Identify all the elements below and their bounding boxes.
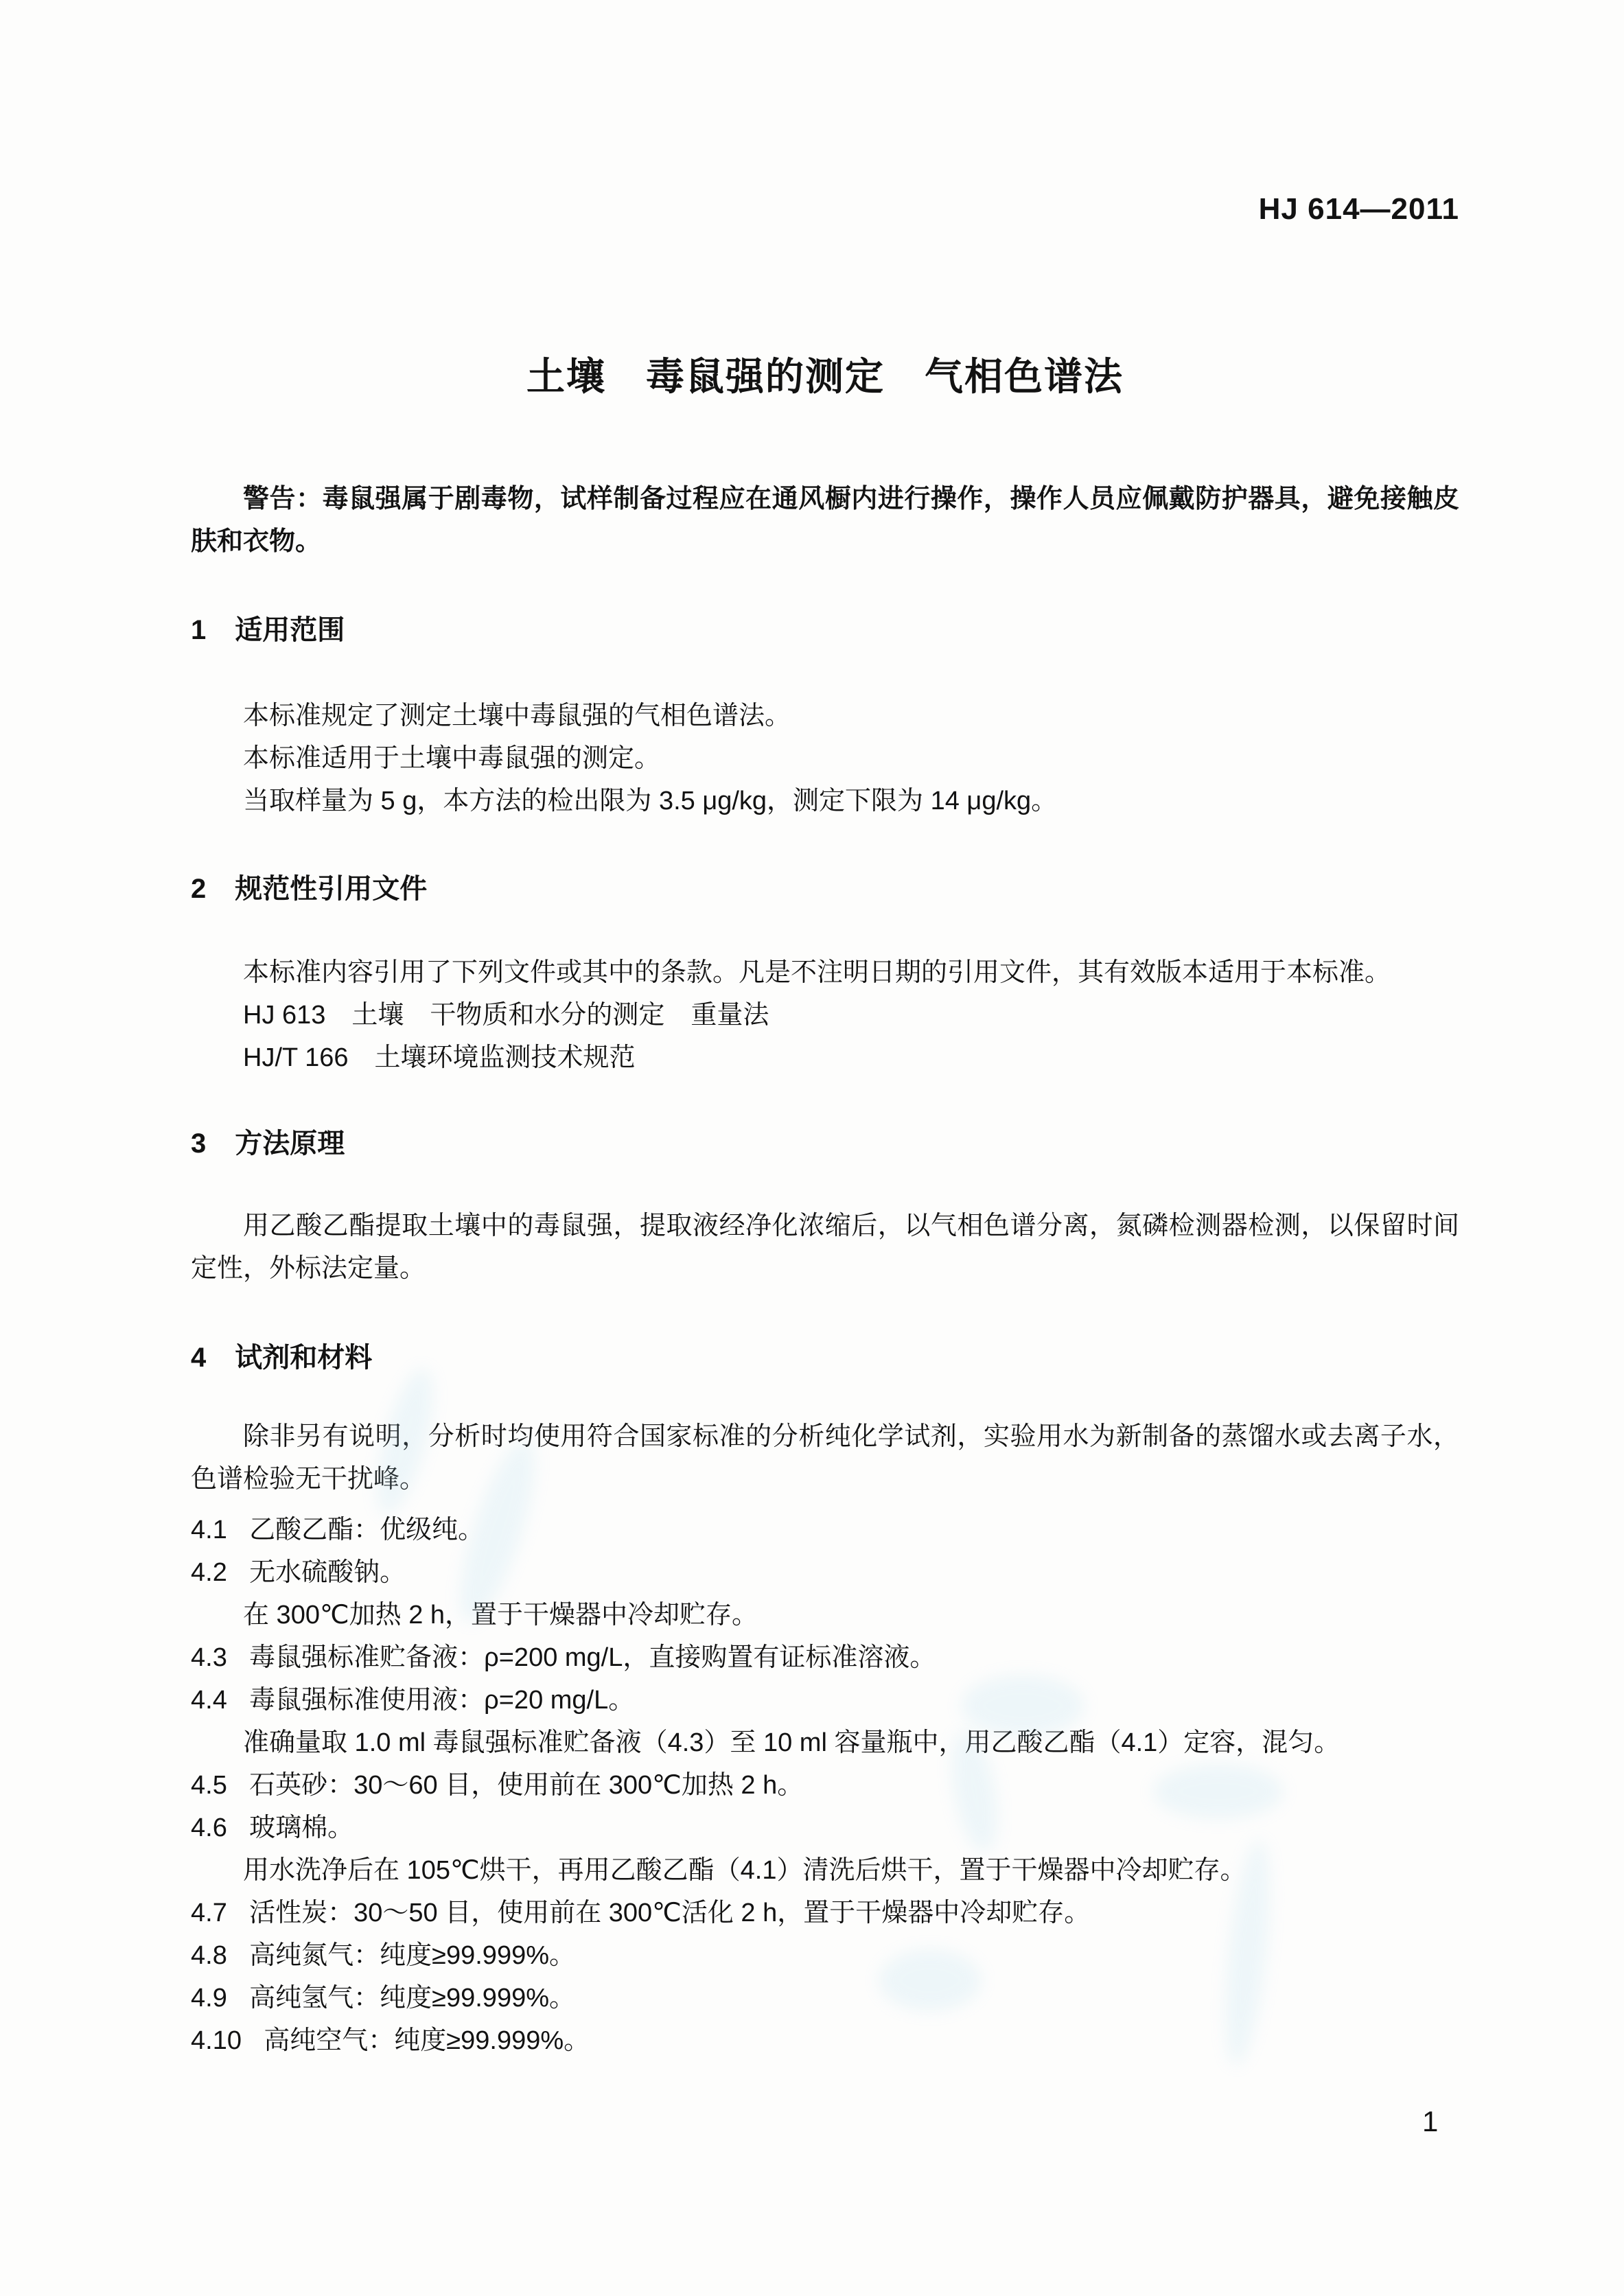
page-number: 1 (1422, 2107, 1438, 2136)
clause-number: 4.9 (191, 1984, 227, 2013)
body-paragraph: 用乙酸乙酯提取土壤中的毒鼠强，提取液经净化浓缩后，以气相色谱分离，氮磷检测器检测… (191, 1205, 1459, 1290)
body-paragraph: 本标准内容引用了下列文件或其中的条款。凡是不注明日期的引用文件，其有效版本适用于… (191, 951, 1459, 994)
clause-note: 用水洗净后在 105℃烘干，再用乙酸乙酯（4.1）清洗后烘干，置于干燥器中冷却贮… (191, 1849, 1459, 1892)
section-normative-references: 2规范性引用文件 本标准内容引用了下列文件或其中的条款。凡是不注明日期的引用文件… (191, 872, 1459, 1079)
section-number: 1 (191, 615, 206, 645)
clause-text: 毒鼠强标准贮备液：ρ=200 mg/L，直接购置有证标准溶液。 (249, 1643, 936, 1672)
clause-item: 4.10高纯空气：纯度≥99.999%。 (191, 2019, 1459, 2062)
clause-item: 4.5石英砂：30～60 目，使用前在 300℃加热 2 h。 (191, 1764, 1459, 1807)
standard-code: HJ 614—2011 (191, 194, 1459, 224)
clause-number: 4.3 (191, 1643, 227, 1672)
clause-item: 4.9高纯氢气：纯度≥99.999%。 (191, 1977, 1459, 2019)
section-heading-text: 适用范围 (235, 615, 345, 645)
clause-text: 石英砂：30～60 目，使用前在 300℃加热 2 h。 (249, 1771, 803, 1800)
section-heading-text: 试剂和材料 (235, 1343, 372, 1373)
reference-item: HJ 613 土壤 干物质和水分的测定 重量法 (191, 994, 1459, 1036)
clause-item: 4.1乙酸乙酯：优级纯。 (191, 1509, 1459, 1551)
section-scope: 1适用范围 本标准规定了测定土壤中毒鼠强的气相色谱法。 本标准适用于土壤中毒鼠强… (191, 614, 1459, 822)
section-method-principle: 3方法原理 用乙酸乙酯提取土壤中的毒鼠强，提取液经净化浓缩后，以气相色谱分离，氮… (191, 1127, 1459, 1290)
section-reagents-materials: 4试剂和材料 除非另有说明，分析时均使用符合国家标准的分析纯化学试剂，实验用水为… (191, 1341, 1459, 2062)
clause-text: 无水硫酸钠。 (249, 1558, 406, 1587)
reference-item: HJ/T 166 土壤环境监测技术规范 (191, 1036, 1459, 1079)
warning-paragraph: 警告：毒鼠强属于剧毒物，试样制备过程应在通风橱内进行操作，操作人员应佩戴防护器具… (191, 478, 1459, 563)
clause-list: 4.1乙酸乙酯：优级纯。 4.2无水硫酸钠。 在 300℃加热 2 h，置于干燥… (191, 1509, 1459, 2062)
section-body: 本标准规定了测定土壤中毒鼠强的气相色谱法。 本标准适用于土壤中毒鼠强的测定。 当… (191, 695, 1459, 822)
body-paragraph: 除非另有说明，分析时均使用符合国家标准的分析纯化学试剂，实验用水为新制备的蒸馏水… (191, 1415, 1459, 1500)
clause-number: 4.10 (191, 2026, 242, 2055)
clause-number: 4.5 (191, 1771, 227, 1800)
body-paragraph: 当取样量为 5 g，本方法的检出限为 3.5 μg/kg，测定下限为 14 μg… (191, 780, 1459, 822)
clause-text: 活性炭：30～50 目，使用前在 300℃活化 2 h，置于干燥器中冷却贮存。 (249, 1899, 1090, 1927)
section-body: 用乙酸乙酯提取土壤中的毒鼠强，提取液经净化浓缩后，以气相色谱分离，氮磷检测器检测… (191, 1205, 1459, 1290)
section-number: 4 (191, 1343, 206, 1373)
section-body: 本标准内容引用了下列文件或其中的条款。凡是不注明日期的引用文件，其有效版本适用于… (191, 951, 1459, 1079)
clause-note: 在 300℃加热 2 h，置于干燥器中冷却贮存。 (191, 1594, 1459, 1636)
clause-item: 4.7活性炭：30～50 目，使用前在 300℃活化 2 h，置于干燥器中冷却贮… (191, 1892, 1459, 1934)
clause-number: 4.7 (191, 1899, 227, 1927)
section-heading-text: 方法原理 (235, 1128, 345, 1159)
clause-text: 玻璃棉。 (249, 1813, 353, 1842)
clause-item: 4.6玻璃棉。 (191, 1807, 1459, 1849)
body-paragraph: 本标准规定了测定土壤中毒鼠强的气相色谱法。 (191, 695, 1459, 737)
section-number: 3 (191, 1128, 206, 1159)
clause-text: 高纯氮气：纯度≥99.999%。 (249, 1941, 575, 1970)
clause-item: 4.4毒鼠强标准使用液：ρ=20 mg/L。 (191, 1679, 1459, 1721)
clause-item: 4.2无水硫酸钠。 (191, 1551, 1459, 1594)
clause-number: 4.1 (191, 1516, 227, 1544)
clause-number: 4.6 (191, 1813, 227, 1842)
clause-note: 准确量取 1.0 ml 毒鼠强标准贮备液（4.3）至 10 ml 容量瓶中，用乙… (191, 1721, 1459, 1764)
clause-number: 4.4 (191, 1686, 227, 1715)
body-paragraph: 本标准适用于土壤中毒鼠强的测定。 (191, 737, 1459, 780)
clause-number: 4.8 (191, 1941, 227, 1970)
clause-text: 高纯空气：纯度≥99.999%。 (264, 2026, 590, 2055)
clause-text: 毒鼠强标准使用液：ρ=20 mg/L。 (249, 1686, 634, 1715)
document-title: 土壤 毒鼠强的测定 气相色谱法 (191, 356, 1459, 397)
section-heading-text: 规范性引用文件 (235, 874, 427, 904)
clause-text: 乙酸乙酯：优级纯。 (249, 1516, 484, 1544)
clause-item: 4.8高纯氮气：纯度≥99.999%。 (191, 1934, 1459, 1977)
clause-text: 高纯氢气：纯度≥99.999%。 (249, 1984, 575, 2013)
section-heading: 4试剂和材料 (191, 1341, 1459, 1374)
section-heading: 1适用范围 (191, 614, 1459, 647)
section-heading: 3方法原理 (191, 1127, 1459, 1160)
clause-item: 4.3毒鼠强标准贮备液：ρ=200 mg/L，直接购置有证标准溶液。 (191, 1636, 1459, 1679)
section-number: 2 (191, 874, 206, 904)
document-page: HJ 614—2011 土壤 毒鼠强的测定 气相色谱法 警告：毒鼠强属于剧毒物，… (0, 0, 1624, 2296)
section-heading: 2规范性引用文件 (191, 872, 1459, 905)
section-body: 除非另有说明，分析时均使用符合国家标准的分析纯化学试剂，实验用水为新制备的蒸馏水… (191, 1415, 1459, 1500)
clause-number: 4.2 (191, 1558, 227, 1587)
